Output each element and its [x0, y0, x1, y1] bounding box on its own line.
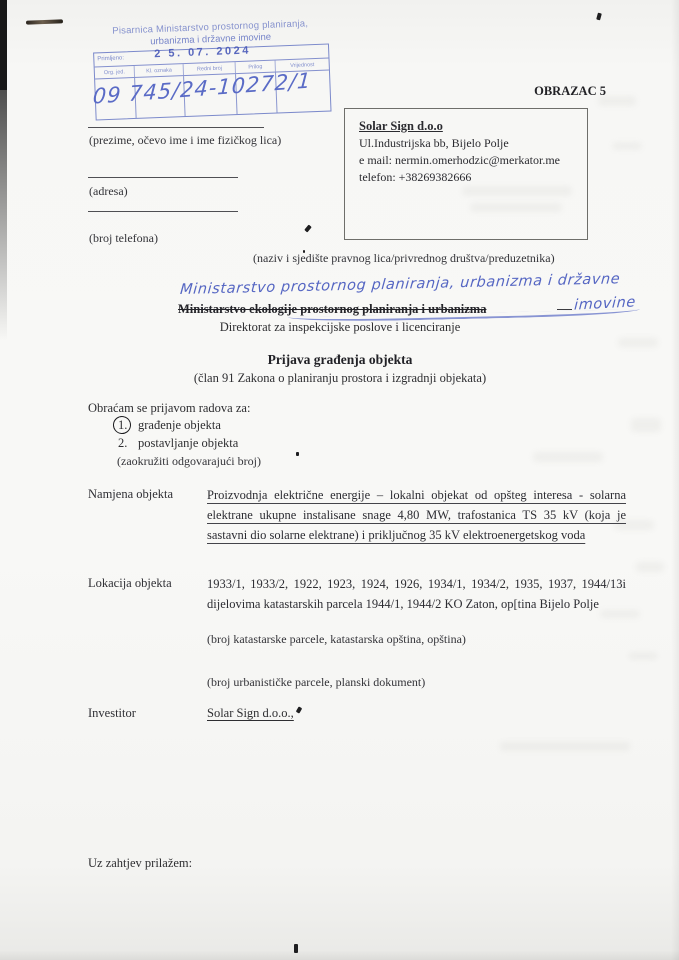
scan-edge-right — [671, 0, 679, 960]
request-intro: Obraćam se prijavom radova za: — [88, 401, 250, 416]
applicant-name: Solar Sign d.o.o — [359, 118, 579, 135]
urban-parcel-note: (broj urbanističke parcele, planski doku… — [207, 675, 425, 690]
option-postavljanje: 2.postavljanje objekta — [118, 436, 238, 451]
stamp-received-date: 2 5. 07. 2024 — [154, 44, 251, 60]
bleed-through-smudge — [612, 142, 642, 150]
stamp-col-redni: Redni broj — [184, 62, 236, 75]
purpose-label: Namjena objekta — [88, 487, 173, 502]
stamp-col-klasa: Kl. oznaka — [135, 64, 185, 77]
document-subtitle: (član 91 Zakona o planiranju prostora i … — [60, 371, 620, 386]
address-blank-line — [88, 177, 238, 178]
investor-value: Solar Sign d.o.o., — [207, 706, 294, 721]
ink-speck — [296, 706, 302, 713]
investor-label: Investitor — [88, 706, 136, 721]
bleed-through-smudge — [636, 562, 664, 572]
handwritten-ministry-line1: Ministarstvo prostornog planiranja, urba… — [179, 270, 670, 298]
staple-mark — [26, 19, 63, 24]
bleed-through-smudge — [628, 652, 658, 660]
applicant-phone: telefon: +38269382666 — [359, 169, 579, 186]
stamp-col-org: Org. jed. — [95, 66, 135, 79]
purpose-value: Proizvodnja električne energije – lokaln… — [207, 485, 626, 545]
form-code: OBRAZAC 5 — [480, 84, 606, 99]
location-note: (broj katastarske parcele, katastarska o… — [207, 632, 466, 647]
phone-blank-line — [88, 211, 238, 212]
address-field-label: (adresa) — [89, 184, 128, 199]
name-blank-line — [88, 127, 264, 128]
scan-edge-bottom — [0, 950, 679, 960]
directorate-line: Direktorat za inspekcijske poslove i lic… — [60, 320, 620, 335]
location-value: 1933/1, 1933/2, 1922, 1923, 1924, 1926, … — [207, 574, 626, 614]
circle-instruction-note: (zaokružiti odgovarajući broj) — [117, 454, 261, 469]
document-title: Prijava građenja objekta — [60, 352, 620, 368]
scan-edge-left — [0, 0, 7, 90]
legal-entity-label: (naziv i sjedište pravnog lica/privredno… — [253, 251, 555, 266]
bleed-through-smudge — [618, 338, 658, 347]
bleed-through-smudge — [533, 452, 603, 462]
bleed-through-smudge — [631, 418, 661, 432]
bleed-through-smudge — [500, 742, 630, 751]
attachments-intro: Uz zahtjev prilažem: — [88, 856, 192, 871]
applicant-box: Solar Sign d.o.o Ul.Industrijska bb, Bij… — [344, 108, 588, 240]
intake-stamp: Pisarnica Ministarstvo prostornog planir… — [84, 17, 340, 131]
option-gradenje: 1.građenje objekta — [118, 418, 221, 433]
option-1-number-circled: 1. — [118, 418, 138, 433]
scan-edge-left-fade — [0, 90, 7, 340]
scanned-document: { "meta": { "form_code": "OBRAZAC 5" }, … — [0, 0, 679, 960]
ink-speck — [596, 13, 602, 21]
phone-field-label: (broj telefona) — [89, 231, 158, 246]
name-field-label: (prezime, očevo ime i ime fizičkog lica) — [89, 133, 281, 148]
option-2-label: postavljanje objekta — [138, 436, 238, 450]
ink-speck — [294, 944, 298, 953]
stamp-received-label: Primljeno: — [97, 55, 124, 62]
option-1-label: građenje objekta — [138, 418, 221, 432]
option-2-number: 2. — [118, 436, 138, 451]
ink-speck — [304, 225, 312, 233]
applicant-email: e mail: nermin.omerhodzic@merkator.me — [359, 152, 579, 169]
ink-speck — [296, 452, 299, 456]
paper-background: Pisarnica Ministarstvo prostornog planir… — [0, 0, 679, 960]
location-label: Lokacija objekta — [88, 576, 172, 591]
applicant-address: Ul.Industrijska bb, Bijelo Polje — [359, 135, 579, 152]
